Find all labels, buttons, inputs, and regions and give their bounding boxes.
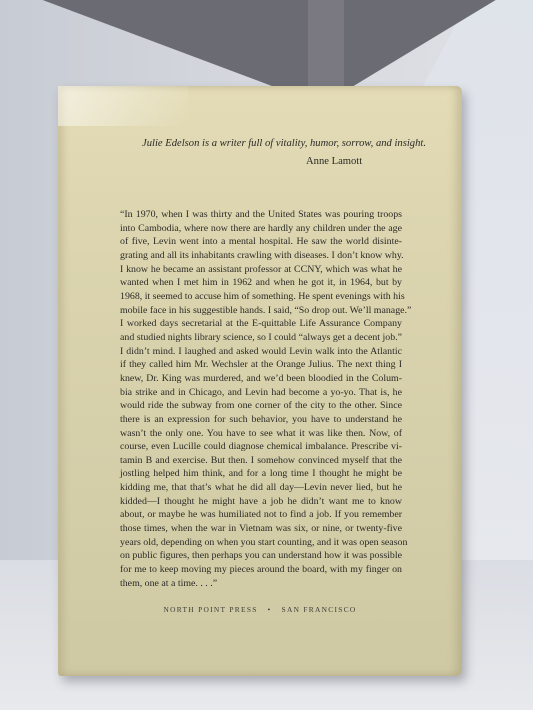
excerpt-line: mobile face in his suggestible hands. I … bbox=[120, 304, 402, 318]
excerpt-line: if they called him Mr. Wechsler at the O… bbox=[120, 358, 402, 372]
excerpt-line: bia strike and in Chicago, and Levin had… bbox=[120, 386, 402, 400]
excerpt-line: would ride the subway from one corner of… bbox=[120, 399, 402, 413]
excerpt-line: those times, when the war in Vietnam was… bbox=[120, 522, 402, 536]
book-back-cover: Julie Edelson is a writer full of vitali… bbox=[58, 86, 462, 676]
excerpt-line: wasn’t the only one. You have to see wha… bbox=[120, 427, 402, 441]
excerpt-line: and studied nights library science, so I… bbox=[120, 331, 402, 345]
excerpt-line: jostling helped him think, and for a lon… bbox=[120, 467, 402, 481]
excerpt-paragraph: “In 1970, when I was thirty and the Unit… bbox=[120, 208, 402, 590]
publisher-imprint: NORTH POINT PRESS•SAN FRANCISCO bbox=[58, 605, 462, 614]
excerpt-line: into Cambodia, where now there are hardl… bbox=[120, 222, 402, 236]
excerpt-line: there is an expression for such behavior… bbox=[120, 413, 402, 427]
publisher-name: NORTH POINT PRESS bbox=[163, 605, 257, 614]
excerpt-line: “In 1970, when I was thirty and the Unit… bbox=[120, 208, 402, 222]
shelf-bracket bbox=[308, 0, 344, 88]
excerpt-line: I worked days secretarial at the E-quitt… bbox=[120, 317, 402, 331]
bullet-separator: • bbox=[268, 605, 272, 614]
jacket-glare bbox=[58, 86, 188, 126]
excerpt-line: wanted when I met him in 1962 and when h… bbox=[120, 276, 402, 290]
blurb-attribution: Anne Lamott bbox=[306, 156, 362, 167]
excerpt-line: them, one at a time. . . .” bbox=[120, 577, 402, 591]
excerpt-line: kidding me, that that’s what he did all … bbox=[120, 481, 402, 495]
excerpt-line: tamin B and exercise. But then. I someho… bbox=[120, 454, 402, 468]
excerpt-line: grating and all its inhabitants crawling… bbox=[120, 249, 402, 263]
excerpt-line: kidded—I thought he might have a job he … bbox=[120, 495, 402, 509]
excerpt-line: about, or maybe he was humiliated not to… bbox=[120, 508, 402, 522]
excerpt-line: of five, Levin went into a mental hospit… bbox=[120, 235, 402, 249]
excerpt-line: 1968, it seemed to accuse him of somethi… bbox=[120, 290, 402, 304]
excerpt-line: knew, Dr. King was murdered, and we’d be… bbox=[120, 372, 402, 386]
publisher-city: SAN FRANCISCO bbox=[282, 605, 357, 614]
excerpt-line: for me to keep moving my pieces around t… bbox=[120, 563, 402, 577]
excerpt-line: course, even Lucille could diagnose chem… bbox=[120, 440, 402, 454]
excerpt-line: years old, depending on when you start c… bbox=[120, 536, 402, 550]
excerpt-line: I didn’t mind. I laughed and asked would… bbox=[120, 345, 402, 359]
excerpt-line: on public figures, then perhaps you can … bbox=[120, 549, 402, 563]
excerpt-line: I know he became an assistant professor … bbox=[120, 263, 402, 277]
blurb-quote: Julie Edelson is a writer full of vitali… bbox=[142, 138, 442, 149]
